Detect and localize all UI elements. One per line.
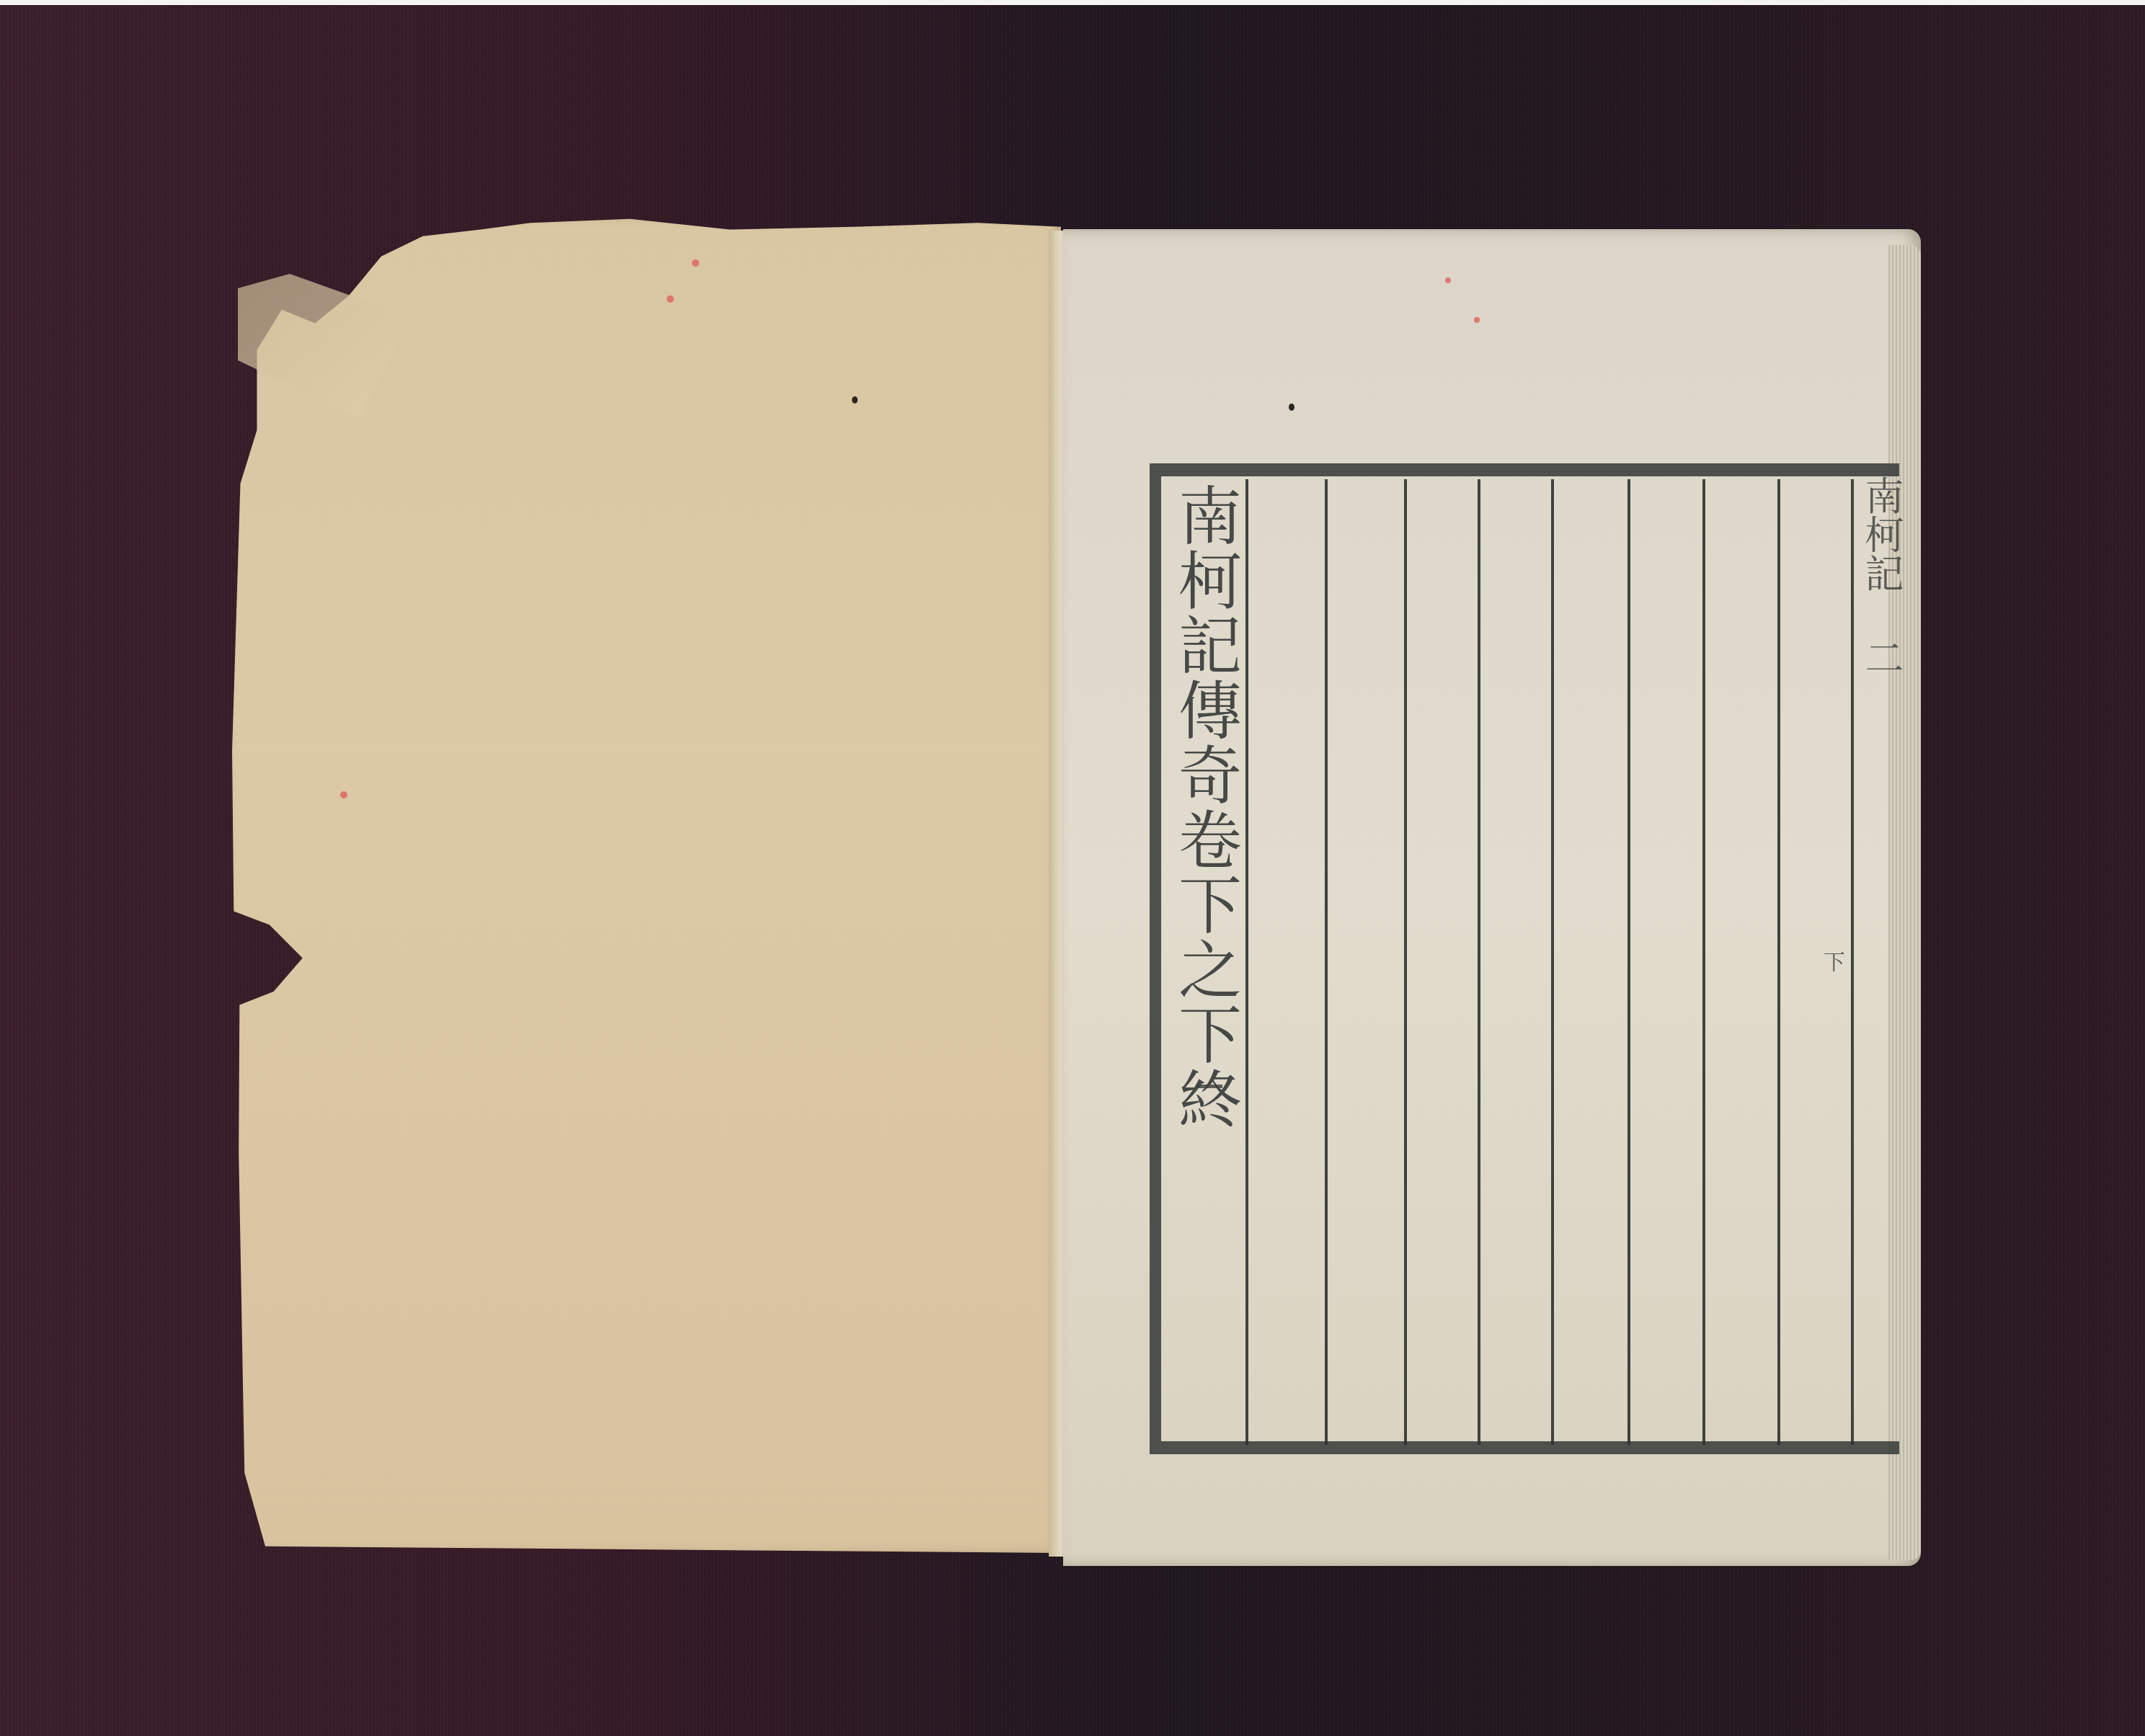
red-stain <box>692 259 699 267</box>
column-rule <box>1851 479 1854 1445</box>
wormhole-mark <box>852 396 858 404</box>
column-rule <box>1627 479 1630 1445</box>
column-rule <box>1325 479 1328 1445</box>
title-end-mark <box>1196 1085 1222 1088</box>
column-rule <box>1702 479 1705 1445</box>
small-ink-mark: 下 <box>1824 944 1845 976</box>
colophon-title: 南柯記傳奇卷下之下終 <box>1168 483 1243 1131</box>
red-stain <box>1474 317 1480 323</box>
column-rule <box>1551 479 1554 1445</box>
fore-edge-title: 南柯記 二 <box>1860 476 1903 713</box>
column-rule <box>1245 479 1248 1445</box>
red-stain <box>340 791 347 798</box>
column-rule <box>1777 479 1780 1445</box>
column-rule <box>1478 479 1480 1445</box>
red-stain <box>667 295 674 303</box>
printed-border-frame <box>1150 463 1899 1454</box>
scan-top-border <box>0 0 2145 5</box>
red-stain <box>1445 277 1451 283</box>
column-rule <box>1404 479 1407 1445</box>
wormhole-mark <box>1289 404 1294 411</box>
